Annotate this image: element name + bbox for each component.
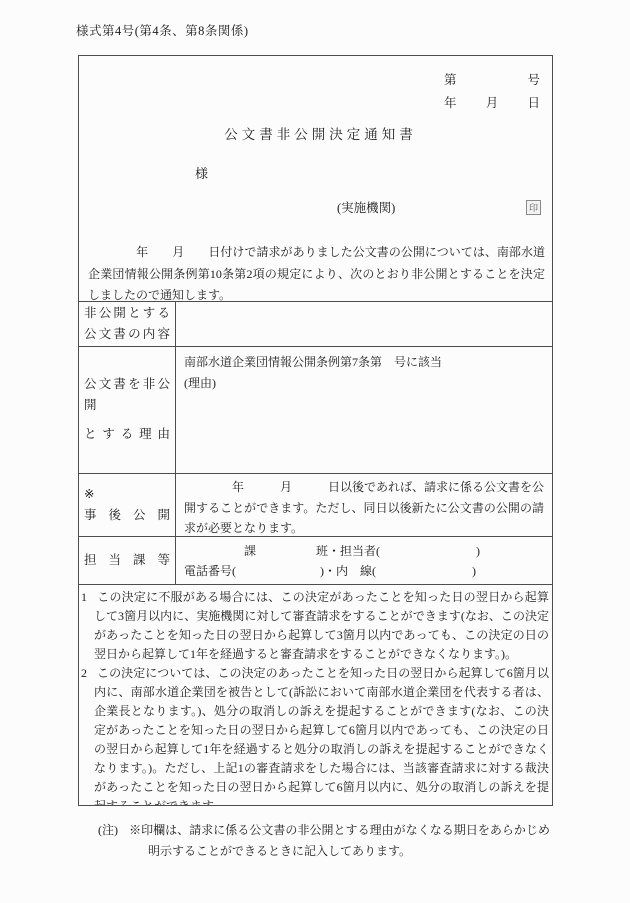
note-2-number: 2 bbox=[81, 666, 87, 680]
cell-section-in-charge: 課 班・担当者( ) 電話番号( )・内 線( ) bbox=[176, 537, 552, 584]
table-row-later-disclosure: ※ 事後公開 年 月 日以後であれば、請求に係る公文書を公開することができます。… bbox=[79, 474, 552, 537]
row-label-reason: 公文書を非公開 とする理由 bbox=[79, 347, 176, 473]
doc-number-suffix: 号 bbox=[527, 70, 540, 88]
reason-caption: (理由) bbox=[184, 373, 544, 394]
table-row-nondisclosed-content: 非公開とする 公文書の内容 bbox=[79, 302, 552, 347]
cell-reason: 南部水道企業団情報公開条例第7条第 号に該当 (理由) bbox=[176, 347, 552, 473]
cell-later-disclosure: 年 月 日以後であれば、請求に係る公文書を公開することができます。ただし、同日以… bbox=[176, 474, 552, 536]
document-number-line: 第 号 bbox=[444, 70, 540, 88]
footnote-label: (注) bbox=[98, 823, 118, 837]
notice-border-box: 第 号 年 月 日 公文書非公開決定通知書 様 (実施機関) 印 年 月 日付け… bbox=[78, 55, 553, 806]
date-month-label: 月 bbox=[486, 93, 499, 111]
seal-placeholder-icon: 印 bbox=[526, 200, 541, 215]
page-title: 公文書非公開決定通知書 bbox=[79, 123, 552, 143]
doc-number-prefix: 第 bbox=[444, 70, 457, 88]
footnote-text: ※印欄は、請求に係る公文書の非公開とする理由がなくなる期日をあらかじめ明示するこ… bbox=[129, 823, 550, 858]
appeal-note-2: 2この決定については、この決定のあったことを知った日の翌日から起算して6箇月以内… bbox=[81, 664, 549, 805]
row-label-section-in-charge: 担当課等 bbox=[79, 537, 176, 584]
table-row-section-in-charge: 担当課等 課 班・担当者( ) 電話番号( )・内 線( ) bbox=[79, 537, 552, 585]
note-1-text: この決定に不服がある場合には、この決定があったことを知った日の翌日から起算して3… bbox=[94, 590, 549, 661]
date-day-label: 日 bbox=[527, 93, 540, 111]
note-1-number: 1 bbox=[81, 590, 87, 604]
issuer-line: (実施機関) 印 bbox=[337, 198, 541, 216]
reason-statute-line: 南部水道企業団情報公開条例第7条第 号に該当 bbox=[184, 352, 544, 373]
table-row-reason: 公文書を非公開 とする理由 南部水道企業団情報公開条例第7条第 号に該当 (理由… bbox=[79, 347, 552, 474]
appeal-notes: 1この決定に不服がある場合には、この決定があったことを知った日の翌日から起算して… bbox=[79, 585, 552, 805]
note-2-text: この決定については、この決定のあったことを知った日の翌日から起算して6箇月以内に… bbox=[94, 666, 549, 805]
date-year-label: 年 bbox=[444, 93, 457, 111]
cell-nondisclosed-content bbox=[176, 302, 552, 346]
addressee-suffix: 様 bbox=[195, 163, 208, 182]
phone-line: 電話番号( )・内 線( ) bbox=[184, 561, 544, 581]
asterisk-mark: ※ bbox=[84, 484, 170, 505]
decision-table: 非公開とする 公文書の内容 公文書を非公開 とする理由 南部水道企業団情報公開条… bbox=[79, 301, 552, 805]
section-line: 課 班・担当者( ) bbox=[184, 541, 544, 561]
row-label-nondisclosed-content: 非公開とする 公文書の内容 bbox=[79, 302, 176, 346]
row-label-later-disclosure: ※ 事後公開 bbox=[79, 474, 176, 536]
issue-date-line: 年 月 日 bbox=[444, 93, 540, 111]
issuer-label: (実施機関) bbox=[337, 198, 395, 216]
form-number-note: 様式第4号(第4条、第8条関係) bbox=[76, 21, 249, 39]
intro-paragraph: 年 月 日付けで請求がありました公文書の公開については、南部水道企業団情報公開条… bbox=[88, 242, 545, 307]
appeal-note-1: 1この決定に不服がある場合には、この決定があったことを知った日の翌日から起算して… bbox=[81, 588, 549, 664]
document-page: 様式第4号(第4条、第8条関係) 第 号 年 月 日 公文書非公開決定通知書 様… bbox=[0, 0, 630, 903]
footnote: (注)※印欄は、請求に係る公文書の非公開とする理由がなくなる期日をあらかじめ明示… bbox=[98, 820, 550, 862]
